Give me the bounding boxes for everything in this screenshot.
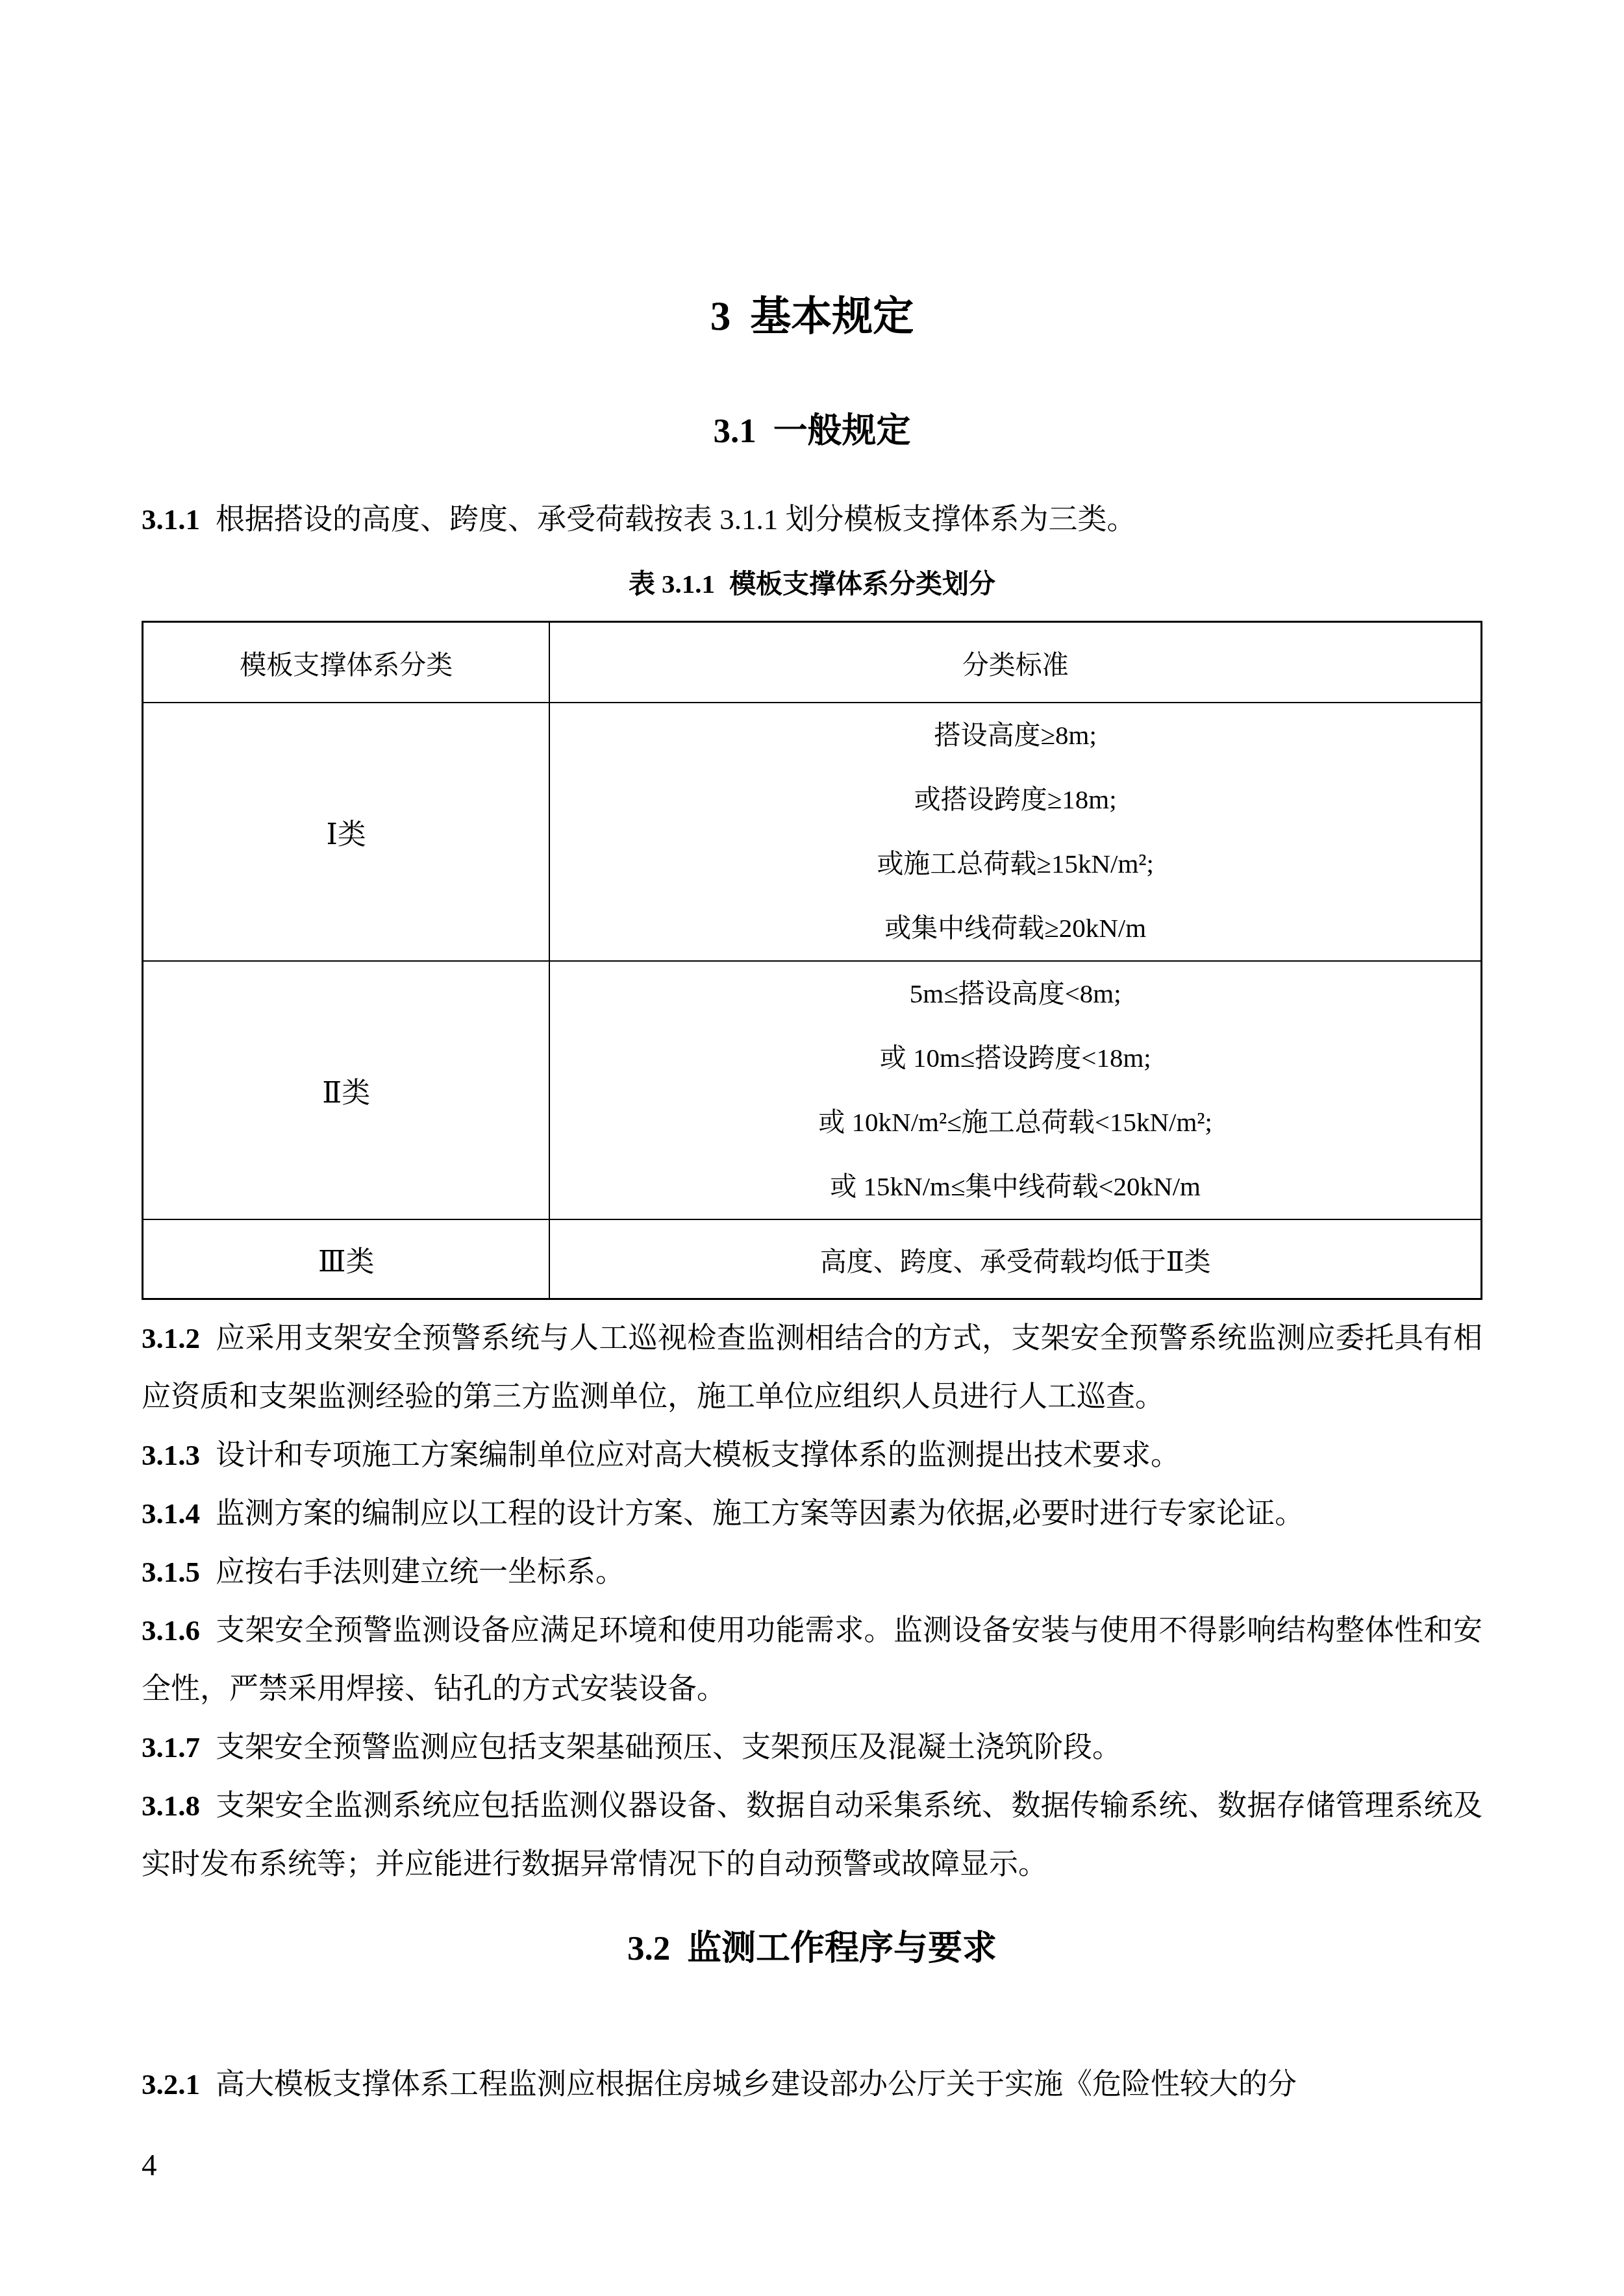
table-caption-number: 表 3.1.1 — [629, 569, 715, 599]
clause-number: 3.1.4 — [142, 1497, 200, 1530]
section-3-2-title-text: 监测工作程序与要求 — [687, 1930, 997, 1967]
chapter-number: 3 — [710, 293, 731, 339]
clause-number: 3.1.2 — [142, 1322, 200, 1354]
class-3-criteria-cell: 高度、跨度、承受荷载均低于Ⅱ类 — [549, 1219, 1481, 1299]
clause-text: 应按右手法则建立统一坐标系。 — [216, 1556, 625, 1588]
section-3-1-heading: 3.1一般规定 — [142, 410, 1482, 453]
chapter-heading: 3基本规定 — [142, 291, 1482, 342]
section-3-1-title-text: 一般规定 — [773, 412, 911, 450]
section-3-2-number: 3.2 — [627, 1930, 670, 1967]
header-cell-criteria: 分类标准 — [549, 622, 1481, 703]
table-caption: 表 3.1.1模板支撑体系分类划分 — [142, 567, 1482, 601]
class-2-criteria-cell: 5m≤搭设高度<8m; 或 10m≤搭设跨度<18m; 或 10kN/m²≤施工… — [549, 961, 1481, 1219]
clause-3-1-8: 3.1.8支架安全监测系统应包括监测仪器设备、数据自动采集系统、数据传输系统、数… — [142, 1777, 1482, 1893]
clause-3-1-5: 3.1.5应按右手法则建立统一坐标系。 — [142, 1543, 1482, 1601]
clause-3-2-1: 3.2.1高大模板支撑体系工程监测应根据住房城乡建设部办公厅关于实施《危险性较大… — [142, 2055, 1482, 2114]
clause-3-1-2: 3.1.2应采用支架安全预警系统与人工巡视检查监测相结合的方式，支架安全预警系统… — [142, 1309, 1482, 1426]
criteria-line: 或 10kN/m²≤施工总荷载<15kN/m²; — [550, 1090, 1480, 1154]
clause-number: 3.1.1 — [142, 503, 200, 536]
page-number: 4 — [142, 2147, 1482, 2184]
clause-text: 设计和专项施工方案编制单位应对高大模板支撑体系的监测提出技术要求。 — [216, 1439, 1180, 1471]
chapter-title-text: 基本规定 — [750, 293, 914, 339]
section-3-1-number: 3.1 — [713, 412, 756, 450]
criteria-line: 或 10m≤搭设跨度<18m; — [550, 1026, 1480, 1090]
clause-text: 根据搭设的高度、跨度、承受荷载按表 3.1.1 划分模板支撑体系为三类。 — [216, 503, 1136, 536]
criteria-line: 或搭设跨度≥18m; — [550, 767, 1480, 832]
clause-number: 3.1.3 — [142, 1439, 200, 1471]
clause-text: 支架安全预警监测设备应满足环境和使用功能需求。监测设备安装与使用不得影响结构整体… — [142, 1614, 1482, 1705]
class-2-label: Ⅱ类 — [143, 961, 550, 1219]
table-caption-title: 模板支撑体系分类划分 — [729, 569, 995, 599]
clause-number: 3.1.5 — [142, 1556, 200, 1588]
classification-table: 模板支撑体系分类 分类标准 Ⅰ类 搭设高度≥8m; 或搭设跨度≥18m; 或施工… — [142, 621, 1482, 1300]
clause-3-1-1: 3.1.1根据搭设的高度、跨度、承受荷载按表 3.1.1 划分模板支撑体系为三类… — [142, 490, 1482, 549]
table-row-class-2: Ⅱ类 5m≤搭设高度<8m; 或 10m≤搭设跨度<18m; 或 10kN/m²… — [143, 961, 1482, 1219]
class-1-criteria-cell: 搭设高度≥8m; 或搭设跨度≥18m; 或施工总荷载≥15kN/m²; 或集中线… — [549, 703, 1481, 961]
criteria-line: 搭设高度≥8m; — [550, 703, 1480, 767]
clause-3-1-6: 3.1.6支架安全预警监测设备应满足环境和使用功能需求。监测设备安装与使用不得影… — [142, 1601, 1482, 1718]
clause-number: 3.2.1 — [142, 2068, 200, 2101]
table-header-row: 模板支撑体系分类 分类标准 — [143, 622, 1482, 703]
clause-3-1-4: 3.1.4监测方案的编制应以工程的设计方案、施工方案等因素为依据,必要时进行专家… — [142, 1484, 1482, 1543]
clause-text: 高大模板支撑体系工程监测应根据住房城乡建设部办公厅关于实施《危险性较大的分 — [216, 2068, 1297, 2101]
clause-number: 3.1.7 — [142, 1731, 200, 1764]
clause-text: 支架安全监测系统应包括监测仪器设备、数据自动采集系统、数据传输系统、数据存储管理… — [142, 1790, 1482, 1880]
clause-3-1-3: 3.1.3设计和专项施工方案编制单位应对高大模板支撑体系的监测提出技术要求。 — [142, 1426, 1482, 1484]
criteria-line: 或集中线荷载≥20kN/m — [550, 896, 1480, 960]
criteria-line: 或施工总荷载≥15kN/m²; — [550, 832, 1480, 896]
criteria-line: 5m≤搭设高度<8m; — [550, 962, 1480, 1026]
clause-number: 3.1.6 — [142, 1614, 200, 1647]
clause-number: 3.1.8 — [142, 1790, 200, 1822]
section-3-2-heading: 3.2监测工作程序与要求 — [142, 1927, 1482, 1970]
clause-list: 3.1.2应采用支架安全预警系统与人工巡视检查监测相结合的方式，支架安全预警系统… — [142, 1309, 1482, 1893]
table-row-class-1: Ⅰ类 搭设高度≥8m; 或搭设跨度≥18m; 或施工总荷载≥15kN/m²; 或… — [143, 703, 1482, 961]
clause-3-1-7: 3.1.7支架安全预警监测应包括支架基础预压、支架预压及混凝土浇筑阶段。 — [142, 1718, 1482, 1777]
criteria-line: 或 15kN/m≤集中线荷载<20kN/m — [550, 1154, 1480, 1219]
clause-text: 应采用支架安全预警系统与人工巡视检查监测相结合的方式，支架安全预警系统监测应委托… — [142, 1322, 1482, 1413]
header-cell-classification: 模板支撑体系分类 — [143, 622, 550, 703]
table-row-class-3: Ⅲ类 高度、跨度、承受荷载均低于Ⅱ类 — [143, 1219, 1482, 1299]
clause-text: 监测方案的编制应以工程的设计方案、施工方案等因素为依据,必要时进行专家论证。 — [216, 1497, 1304, 1530]
clause-text: 支架安全预警监测应包括支架基础预压、支架预压及混凝土浇筑阶段。 — [216, 1731, 1121, 1764]
document-page: 3基本规定 3.1一般规定 3.1.1根据搭设的高度、跨度、承受荷载按表 3.1… — [0, 0, 1624, 2296]
class-3-label: Ⅲ类 — [143, 1219, 550, 1299]
class-1-label: Ⅰ类 — [143, 703, 550, 961]
